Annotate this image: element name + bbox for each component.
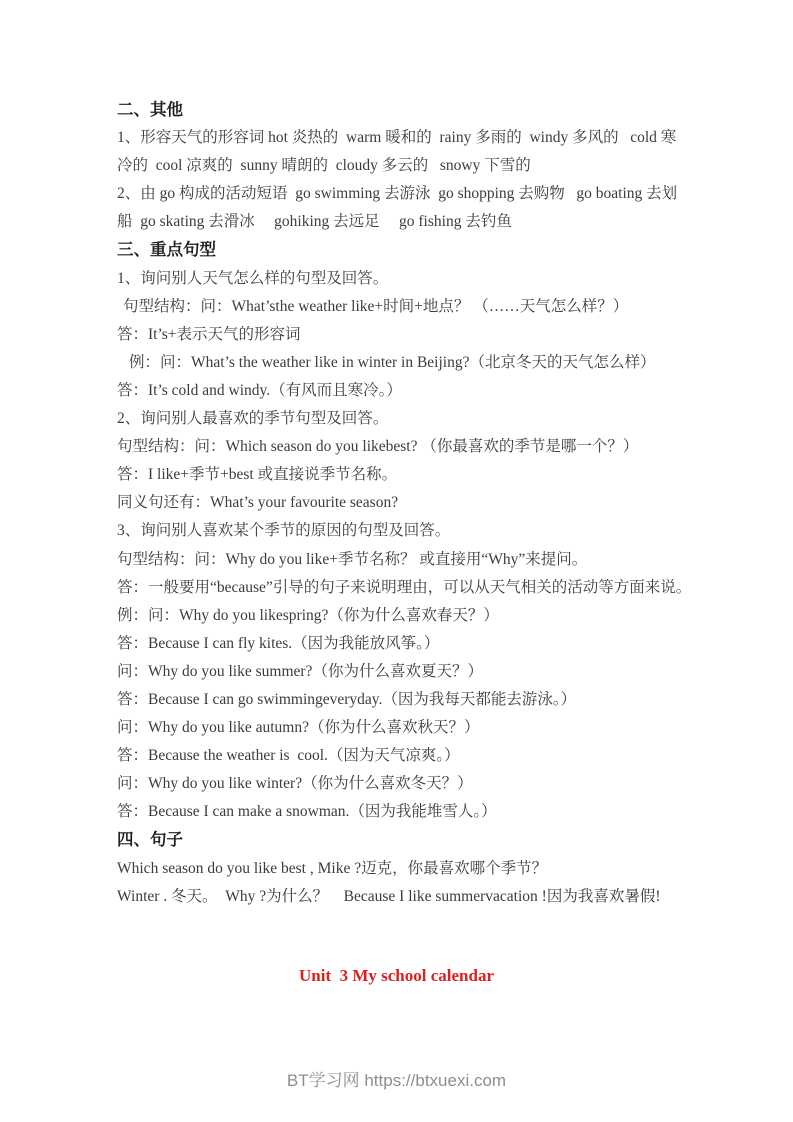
text-line: 答：It’s+表示天气的形容词	[117, 321, 697, 349]
text-line: 答：Because I can fly kites.（因为我能放风筝。）	[117, 630, 697, 658]
unit-heading: Unit 3 My school calendar	[0, 966, 793, 986]
text-line: 句型结构：问：What’sthe weather like+时间+地点？ （………	[117, 293, 697, 321]
text-line: 1、形容天气的形容词 hot 炎热的 warm 暖和的 rainy 多雨的 wi…	[117, 124, 697, 152]
text-line: 2、询问别人最喜欢的季节句型及回答。	[117, 405, 697, 433]
text-line: 同义句还有：What’s your favourite season?	[117, 489, 697, 517]
watermark-footer: BT学习网 https://btxuexi.com	[0, 1066, 793, 1091]
text-line: 船 go skating 去滑冰 gohiking 去远足 go fishing…	[117, 208, 697, 236]
document-page: 二、其他1、形容天气的形容词 hot 炎热的 warm 暖和的 rainy 多雨…	[0, 0, 793, 1122]
document-body: 二、其他1、形容天气的形容词 hot 炎热的 warm 暖和的 rainy 多雨…	[117, 96, 697, 911]
text-line: 答：It’s cold and windy.（有风而且寒冷。）	[117, 377, 697, 405]
text-line: Winter . 冬天。 Why ?为什么？ Because I like su…	[117, 883, 697, 911]
text-line: 答：一般要用“because”引导的句子来说明理由，可以从天气相关的活动等方面来…	[117, 574, 697, 602]
text-line: 答：Because I can go swimmingeveryday.（因为我…	[117, 686, 697, 714]
text-line: 句型结构：问：Why do you like+季节名称？ 或直接用“Why”来提…	[117, 546, 697, 574]
text-line: 问：Why do you like winter?（你为什么喜欢冬天？）	[117, 770, 697, 798]
text-line: 3、询问别人喜欢某个季节的原因的句型及回答。	[117, 517, 697, 545]
section-heading: 四、句子	[117, 826, 697, 854]
text-line: 问：Why do you like autumn?（你为什么喜欢秋天？）	[117, 714, 697, 742]
text-line: 2、由 go 构成的活动短语 go swimming 去游泳 go shoppi…	[117, 180, 697, 208]
text-line: 例：问：Why do you likespring?（你为什么喜欢春天？）	[117, 602, 697, 630]
section-heading: 三、重点句型	[117, 236, 697, 264]
text-line: 答：Because the weather is cool.（因为天气凉爽。）	[117, 742, 697, 770]
text-line: 句型结构：问：Which season do you likebest? （你最…	[117, 433, 697, 461]
text-line: 1、询问别人天气怎么样的句型及回答。	[117, 265, 697, 293]
text-line: 答：Because I can make a snowman.（因为我能堆雪人。…	[117, 798, 697, 826]
text-line: Which season do you like best , Mike ?迈克…	[117, 855, 697, 883]
text-line: 冷的 cool 凉爽的 sunny 晴朗的 cloudy 多云的 snowy 下…	[117, 152, 697, 180]
text-line: 答：I like+季节+best 或直接说季节名称。	[117, 461, 697, 489]
section-heading: 二、其他	[117, 96, 697, 124]
text-line: 问：Why do you like summer?（你为什么喜欢夏天？）	[117, 658, 697, 686]
text-line: 例：问：What’s the weather like in winter in…	[117, 349, 697, 377]
